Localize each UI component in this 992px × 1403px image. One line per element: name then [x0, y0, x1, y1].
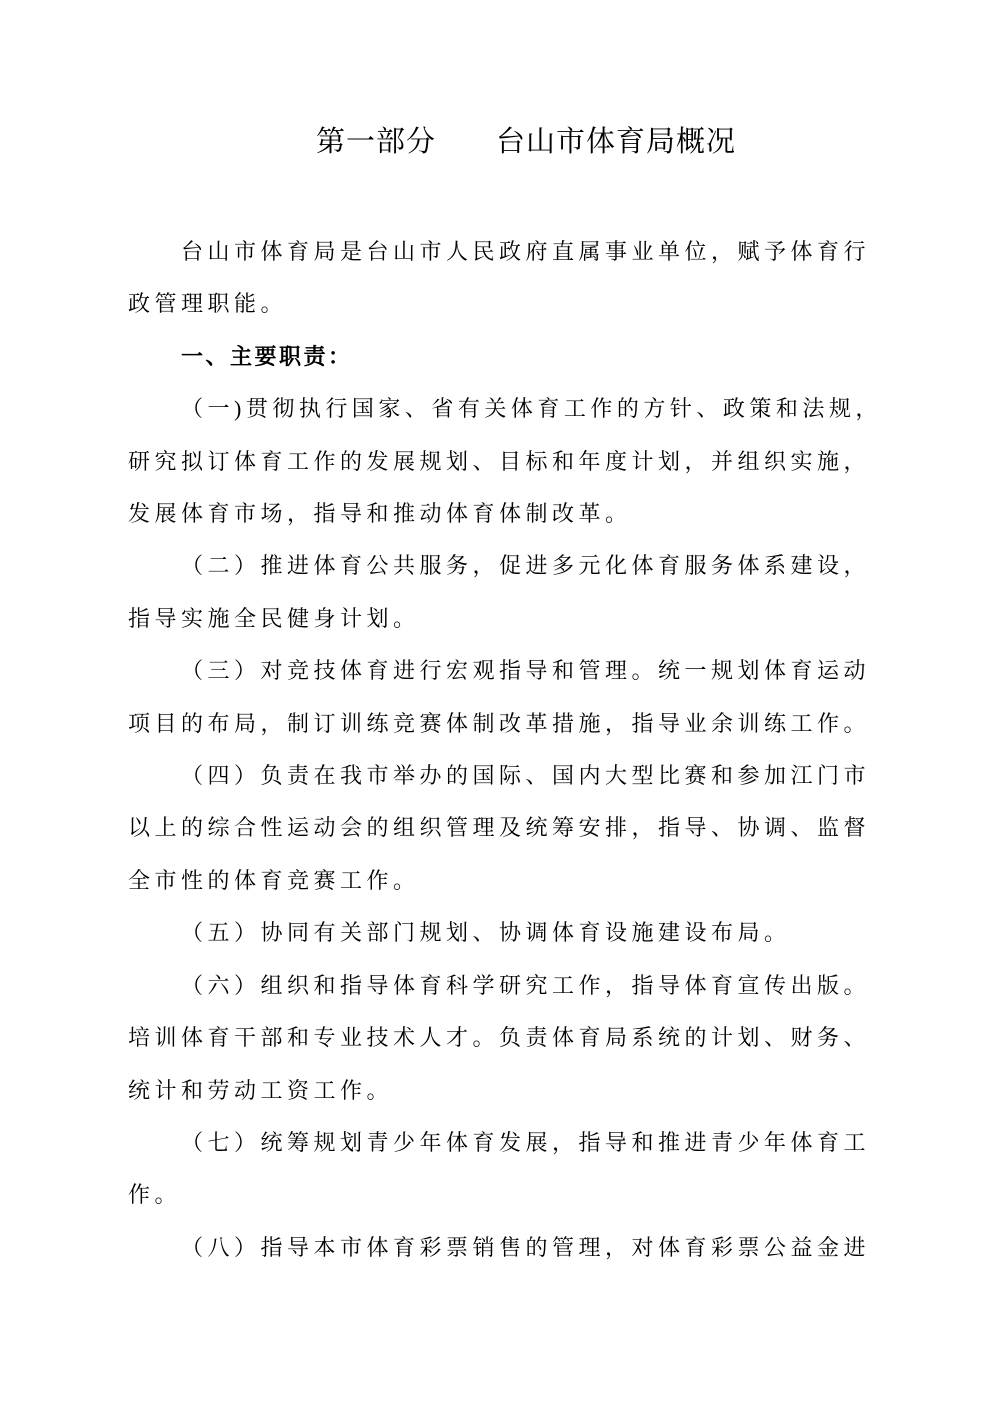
paragraph: （二）推进体育公共服务，促进多元化体育服务体系建设， 指导实施全民健身计划。 [128, 540, 876, 645]
paragraph: （七）统筹规划青少年体育发展，指导和推进青少年体育工 作。 [128, 1117, 876, 1222]
paragraph: （四）负责在我市举办的国际、国内大型比赛和参加江门市 以上的综合性运动会的组织管… [128, 750, 876, 907]
paragraph: （三）对竞技体育进行宏观指导和管理。统一规划体育运动 项目的布局，制订训练竞赛体… [128, 645, 876, 750]
document-body: 台山市体育局是台山市人民政府直属事业单位，赋予体育行 政管理职能。一、主要职责：… [128, 226, 876, 1274]
document-title: 第一部分 台山市体育局概况 [0, 122, 992, 162]
paragraph: （八）指导本市体育彩票销售的管理，对体育彩票公益金进 [128, 1222, 876, 1274]
document-page: 第一部分 台山市体育局概况 台山市体育局是台山市人民政府直属事业单位，赋予体育行… [0, 0, 992, 1403]
paragraph: 台山市体育局是台山市人民政府直属事业单位，赋予体育行 政管理职能。 [128, 226, 876, 331]
paragraph: （五）协同有关部门规划、协调体育设施建设布局。 [128, 907, 876, 959]
paragraph: （一)贯彻执行国家、省有关体育工作的方针、政策和法规， 研究拟订体育工作的发展规… [128, 383, 876, 540]
section-heading: 一、主要职责： [128, 331, 876, 383]
paragraph: （六）组织和指导体育科学研究工作，指导体育宣传出版。 培训体育干部和专业技术人才… [128, 960, 876, 1117]
